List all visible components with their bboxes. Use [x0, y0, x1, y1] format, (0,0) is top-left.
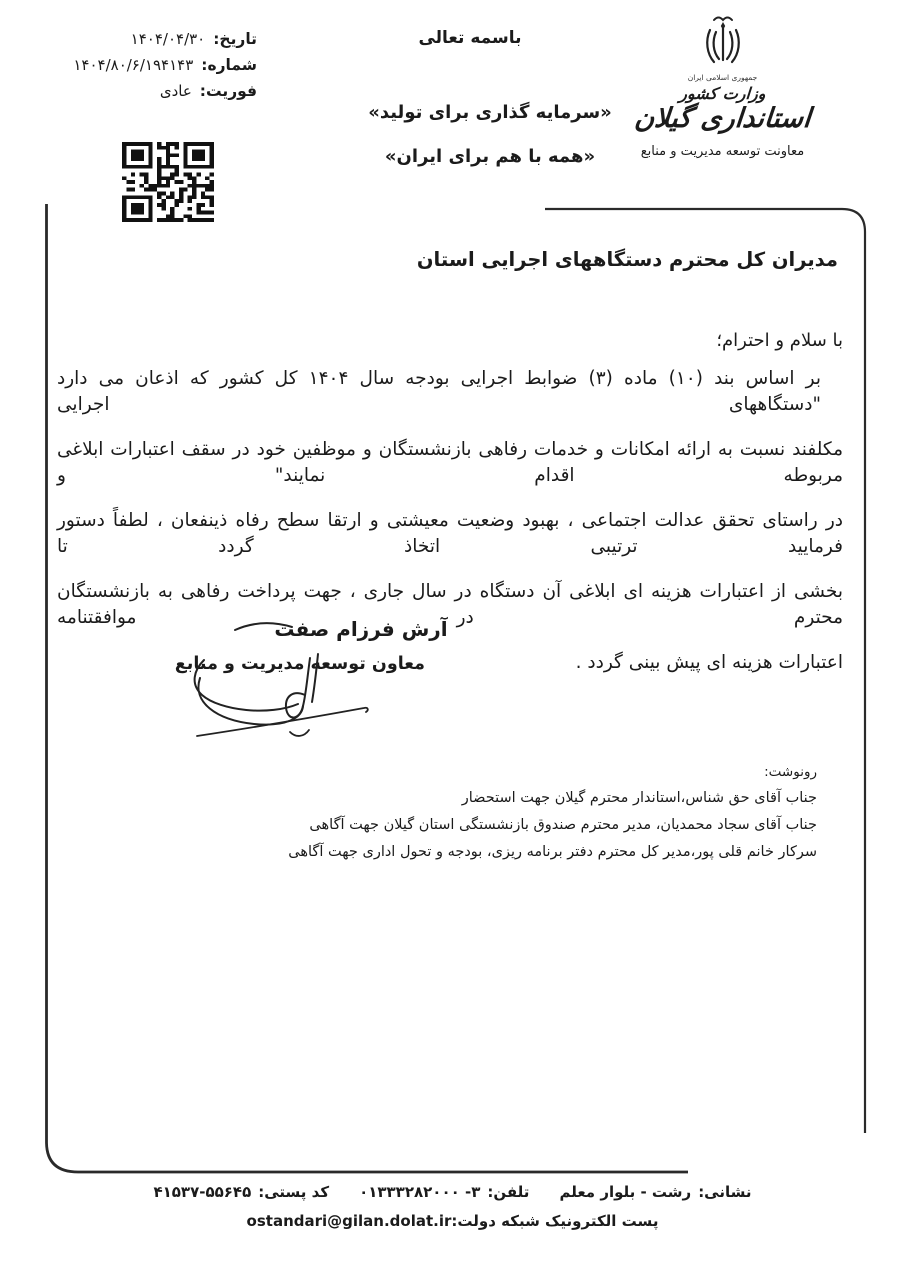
meta-date-row: تاریخ: ۱۴۰۴/۰۴/۳۰ — [25, 30, 257, 48]
department-title: معاونت توسعه مدیریت و منابع — [615, 144, 830, 159]
footer-address: نشانی: رشت - بلوار معلم — [559, 1183, 751, 1201]
urgency-value: عادی — [160, 82, 192, 100]
cc-item: جناب آقای حق شناس،استاندار محترم گیلان ج… — [288, 790, 817, 806]
number-label: شماره: — [201, 56, 257, 74]
body-line: مکلفند نسبت به ارائه امکانات و خدمات رفا… — [57, 437, 843, 489]
iran-emblem-icon — [615, 14, 830, 72]
date-value: ۱۴۰۴/۰۴/۳۰ — [131, 30, 206, 48]
meta-number-row: شماره: ۱۴۰۴/۸۰/۶/۱۹۴۱۴۳ — [25, 56, 257, 74]
signer-name: آرش فرزام صفت — [251, 617, 471, 641]
footer-contact-line: نشانی: رشت - بلوار معلم تلفن: ۳- ۰۱۳۳۳۲۸… — [0, 1183, 905, 1201]
cc-item: سرکار خانم قلی پور،مدیر کل محترم دفتر بر… — [288, 844, 817, 860]
footer-phone: تلفن: ۳- ۰۱۳۳۳۲۸۲۰۰۰ — [359, 1183, 529, 1201]
email-label: پست الکترونیک شبکه دولت: — [451, 1212, 658, 1230]
republic-script: جمهوری اسلامی ایران — [615, 73, 830, 82]
letter-meta-block: تاریخ: ۱۴۰۴/۰۴/۳۰ شماره: ۱۴۰۴/۸۰/۶/۱۹۴۱۴… — [25, 30, 257, 108]
signer-title: معاون توسعه مدیریت و منابع — [205, 654, 425, 674]
meta-urgency-row: فوریت: عادی — [25, 82, 257, 100]
organization-title: استانداری گیلان — [614, 103, 832, 135]
email-value: ostandari@gilan.dolat.ir — [247, 1212, 452, 1230]
ministry-title: وزارت کشور — [614, 84, 830, 103]
phone-value: ۳- ۰۱۳۳۳۲۸۲۰۰۰ — [359, 1183, 480, 1201]
cc-item: جناب آقای سجاد محمدیان، مدیر محترم صندوق… — [288, 817, 817, 833]
salutation-line: با سلام و احترام؛ — [716, 330, 843, 351]
phone-label: تلفن: — [487, 1183, 529, 1201]
footer-postal: کد پستی: ۴۱۵۳۷-۵۵۶۴۵ — [153, 1183, 329, 1201]
postal-label: کد پستی: — [258, 1183, 329, 1201]
address-label: نشانی: — [698, 1183, 751, 1201]
urgency-label: فوریت: — [200, 82, 257, 100]
slogan-iran: «همه با هم برای ایران» — [330, 146, 650, 167]
letterhead-block: جمهوری اسلامی ایران وزارت کشور استانداری… — [615, 14, 830, 159]
address-value: رشت - بلوار معلم — [559, 1183, 691, 1201]
postal-value: ۴۱۵۳۷-۵۵۶۴۵ — [153, 1183, 251, 1201]
footer-email-line: پست الکترونیک شبکه دولت:ostandari@gilan.… — [0, 1212, 905, 1230]
date-label: تاریخ: — [213, 30, 257, 48]
letter-body: بر اساس بند (۱۰) ماده (۳) ضوابط اجرایی ب… — [57, 366, 843, 695]
recipient-line: مدیران کل محترم دستگاههای اجرایی استان — [417, 248, 838, 271]
scanned-letter-page: { "header": { "meta": { "date_label": "ت… — [0, 0, 905, 1280]
body-line: در راستای تحقق عدالت اجتماعی ، بهبود وضع… — [57, 508, 843, 560]
slogan-production: «سرمایه گذاری برای تولید» — [330, 102, 650, 123]
body-line: بر اساس بند (۱۰) ماده (۳) ضوابط اجرایی ب… — [57, 366, 843, 418]
number-value: ۱۴۰۴/۸۰/۶/۱۹۴۱۴۳ — [73, 56, 193, 74]
qr-code — [122, 142, 214, 222]
cc-heading: رونوشت: — [288, 764, 817, 780]
cc-block: رونوشت: جناب آقای حق شناس،استاندار محترم… — [288, 764, 817, 871]
besmele-heading: باسمه تعالی — [320, 28, 620, 48]
